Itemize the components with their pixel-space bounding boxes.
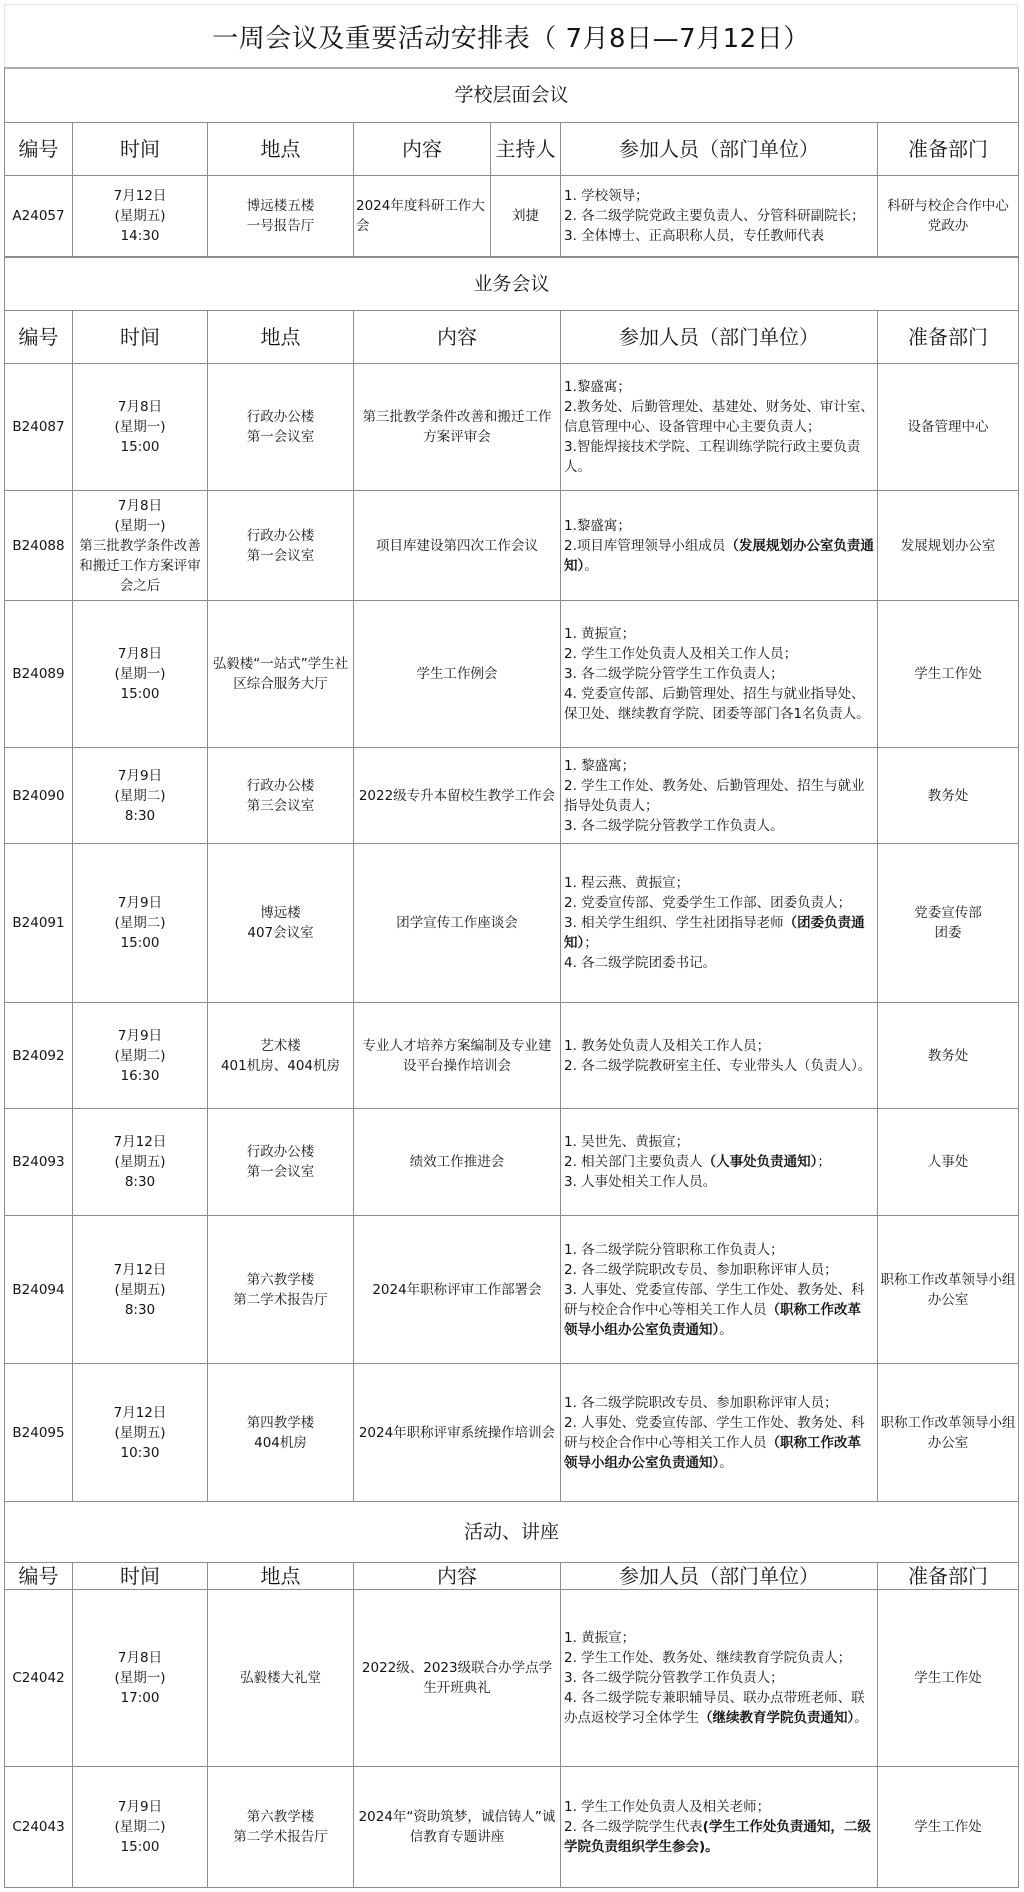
prep-line: 学生工作处: [880, 1817, 1016, 1837]
meeting-id: B24089: [5, 601, 73, 748]
meeting-location: 艺术楼 401机房、404机房: [208, 1003, 354, 1109]
item-text: 3. 各二级学院分管教学工作负责人；: [564, 1670, 784, 1686]
weekday: (星期一): [75, 516, 205, 536]
meeting-location: 行政办公楼 第一会议室: [208, 491, 354, 601]
location-line: 第一会议室: [210, 1162, 351, 1182]
location-line: 行政办公楼: [210, 526, 351, 546]
section-title: 活动、讲座: [5, 1502, 1019, 1563]
header-location: 地点: [208, 122, 354, 175]
header-participants: 参加人员（部门单位）: [561, 311, 878, 364]
location-line: 第一会议室: [210, 546, 351, 566]
header-prep-department: 准备部门: [878, 122, 1019, 175]
table-row: B24088 7月8日 (星期一) 第三批教学条件改善和搬迁工作方案评审会之后 …: [5, 491, 1019, 601]
table-row: C24043 7月9日 (星期二) 15:00 第六教学楼 第二学术报告厅 20…: [5, 1767, 1019, 1888]
participant-item: 1. 黄振宣；: [564, 1628, 874, 1648]
location-line: 第三会议室: [210, 796, 351, 816]
date: 7月12日: [75, 186, 205, 206]
participant-item: 1. 吴世先、黄振宣；: [564, 1132, 874, 1152]
meeting-location: 第四教学楼 404机房: [208, 1364, 354, 1502]
item-text: 2. 学生工作处、教务处、后勤管理处、招生与就业指导处负责人；: [564, 778, 865, 814]
table-row: B24095 7月12日 (星期五) 10:30 第四教学楼 404机房 202…: [5, 1364, 1019, 1502]
meeting-location: 第六教学楼 第二学术报告厅: [208, 1216, 354, 1364]
participants: 1. 各二级学院职改专员、参加职称评审人员； 2. 人事处、党委宣传部、学生工作…: [561, 1364, 878, 1502]
date: 7月8日: [75, 1648, 205, 1668]
meeting-time: 7月12日 (星期五) 10:30: [73, 1364, 208, 1502]
date: 7月9日: [75, 766, 205, 786]
meeting-id: C24043: [5, 1767, 73, 1888]
participants: 1. 吴世先、黄振宣； 2. 相关部门主要负责人（人事处负责通知）； 3. 人事…: [561, 1109, 878, 1216]
location-line: 博远楼五楼: [210, 196, 351, 216]
header-prep-department: 准备部门: [878, 311, 1019, 364]
meeting-content: 2024年“资助筑梦，诚信铸人”诚信教育专题讲座: [354, 1767, 561, 1888]
item-tail: ；: [817, 1154, 831, 1170]
participants: 1. 黄振宣； 2. 学生工作处负责人及相关工作人员； 3. 各二级学院分管学生…: [561, 601, 878, 748]
clock-time: 8:30: [75, 1172, 205, 1192]
meeting-location: 第六教学楼 第二学术报告厅: [208, 1767, 354, 1888]
participant-item: 2. 学生工作处、教务处、继续教育学院负责人；: [564, 1648, 874, 1668]
header-time: 时间: [73, 311, 208, 364]
clock-time: 15:00: [75, 933, 205, 953]
meeting-id: B24087: [5, 364, 73, 491]
weekday: (星期五): [75, 206, 205, 226]
meeting-content: 专业人才培养方案编制及专业建设平台操作培训会: [354, 1003, 561, 1109]
meeting-content: 2022级专升本留校生教学工作会: [354, 748, 561, 844]
location-line: 弘毅楼“一站式”学生社区综合服务大厅: [210, 654, 351, 694]
table-row: B24090 7月9日 (星期二) 8:30 行政办公楼 第三会议室 2022级…: [5, 748, 1019, 844]
participants: 1. 教务处负责人及相关工作人员； 2. 各二级学院教研室主任、专业带头人（负责…: [561, 1003, 878, 1109]
item-text: 2. 各二级学院教研室主任、专业带头人（负责人）。: [564, 1058, 871, 1074]
item-text: 2. 各二级学院党政主要负责人、分管科研副院长；: [564, 208, 865, 224]
header-content: 内容: [354, 311, 561, 364]
participant-item: 2. 党委宣传部、党委学生工作部、团委负责人；: [564, 893, 874, 913]
clock-time: 8:30: [75, 1300, 205, 1320]
meeting-time: 7月8日 (星期一) 第三批教学条件改善和搬迁工作方案评审会之后: [73, 491, 208, 601]
item-text: 3. 人事处相关工作人员。: [564, 1174, 716, 1190]
prep-line: 教务处: [880, 1046, 1016, 1066]
location-line: 一号报告厅: [210, 216, 351, 236]
location-line: 弘毅楼大礼堂: [210, 1668, 351, 1688]
weekday: (星期二): [75, 786, 205, 806]
participant-item: 2. 学生工作处、教务处、后勤管理处、招生与就业指导处负责人；: [564, 776, 874, 816]
item-text: 4. 各二级学院团委书记。: [564, 955, 716, 971]
section-title: 业务会议: [5, 257, 1019, 311]
section-header-row: 业务会议: [5, 257, 1019, 311]
date: 7月12日: [75, 1132, 205, 1152]
prep-department: 学生工作处: [878, 601, 1019, 748]
participant-item: 3. 各二级学院分管教学工作负责人；: [564, 1668, 874, 1688]
clock-time: 第三批教学条件改善和搬迁工作方案评审会之后: [75, 536, 205, 596]
date: 7月8日: [75, 397, 205, 417]
meeting-location: 博远楼五楼 一号报告厅: [208, 175, 354, 257]
weekday: (星期二): [75, 913, 205, 933]
header-time: 时间: [73, 1563, 208, 1590]
location-line: 行政办公楼: [210, 1142, 351, 1162]
column-header-row: 编号 时间 地点 内容 参加人员（部门单位） 准备部门: [5, 1563, 1019, 1590]
section-header-row: 学校层面会议: [5, 68, 1019, 122]
prep-department: 党委宣传部 团委: [878, 844, 1019, 1003]
participant-item: 1. 黎盛寓；: [564, 756, 874, 776]
participant-item: 1.黎盛寓；: [564, 377, 874, 397]
item-text: 2. 学生工作处、教务处、继续教育学院负责人；: [564, 1650, 851, 1666]
meeting-content: 第三批教学条件改善和搬迁工作方案评审会: [354, 364, 561, 491]
column-header-row: 编号 时间 地点 内容 主持人 参加人员（部门单位） 准备部门: [5, 122, 1019, 175]
meeting-content: 学生工作例会: [354, 601, 561, 748]
weekday: (星期一): [75, 417, 205, 437]
business-meetings-table: 业务会议 编号 时间 地点 内容 参加人员（部门单位） 准备部门 B24087 …: [4, 256, 1019, 1502]
clock-time: 15:00: [75, 1837, 205, 1857]
weekday: (星期五): [75, 1152, 205, 1172]
meeting-time: 7月8日 (星期一) 15:00: [73, 601, 208, 748]
item-text: 3.智能焊接技术学院、工程训练学院行政主要负责人。: [564, 439, 860, 475]
date: 7月12日: [75, 1403, 205, 1423]
clock-time: 15:00: [75, 684, 205, 704]
meeting-location: 弘毅楼大礼堂: [208, 1590, 354, 1767]
prep-department: 教务处: [878, 1003, 1019, 1109]
weekday: (星期二): [75, 1817, 205, 1837]
participant-item: 1. 各二级学院职改专员、参加职称评审人员；: [564, 1393, 874, 1413]
header-id: 编号: [5, 311, 73, 364]
item-text: 1. 各二级学院分管职称工作负责人；: [564, 1242, 784, 1258]
prep-department: 教务处: [878, 748, 1019, 844]
location-line: 401机房、404机房: [210, 1056, 351, 1076]
table-row: B24089 7月8日 (星期一) 15:00 弘毅楼“一站式”学生社区综合服务…: [5, 601, 1019, 748]
clock-time: 8:30: [75, 806, 205, 826]
date: 7月8日: [75, 496, 205, 516]
item-text: 1.黎盛寓；: [564, 379, 631, 395]
participant-item: 1. 学校领导；: [564, 186, 874, 206]
meeting-time: 7月9日 (星期二) 16:30: [73, 1003, 208, 1109]
date: 7月9日: [75, 1797, 205, 1817]
location-line: 艺术楼: [210, 1036, 351, 1056]
prep-line: 学生工作处: [880, 664, 1016, 684]
participants: 1.黎盛寓； 2.项目库管理领导小组成员（发展规划办公室负责通知）。: [561, 491, 878, 601]
meeting-id: B24090: [5, 748, 73, 844]
table-row: B24091 7月9日 (星期二) 15:00 博远楼 407会议室 团学宣传工…: [5, 844, 1019, 1003]
page-title: 一周会议及重要活动安排表（ 7月8日—7月12日）: [4, 4, 1018, 67]
item-tail: 。: [719, 1322, 733, 1338]
clock-time: 16:30: [75, 1066, 205, 1086]
location-line: 第二学术报告厅: [210, 1827, 351, 1847]
prep-department: 发展规划办公室: [878, 491, 1019, 601]
meeting-content: 2024年职称评审系统操作培训会: [354, 1364, 561, 1502]
item-text: 4. 党委宣传部、后勤管理处、招生与就业指导处、保卫处、继续教育学院、团委等部门…: [564, 686, 870, 722]
meeting-id: B24088: [5, 491, 73, 601]
participants: 1. 黄振宣； 2. 学生工作处、教务处、继续教育学院负责人； 3. 各二级学院…: [561, 1590, 878, 1767]
header-location: 地点: [208, 1563, 354, 1590]
meeting-id: B24094: [5, 1216, 73, 1364]
item-text: 2. 各二级学院学生代表: [564, 1819, 703, 1835]
location-line: 第六教学楼: [210, 1807, 351, 1827]
item-text: 3. 相关学生组织、学生社团指导老师: [564, 915, 784, 931]
header-host: 主持人: [491, 122, 561, 175]
meeting-content: 2024年职称评审工作部署会: [354, 1216, 561, 1364]
weekday: (星期二): [75, 1046, 205, 1066]
prep-department: 学生工作处: [878, 1767, 1019, 1888]
item-text: 2.项目库管理领导小组成员: [564, 538, 725, 554]
participant-item: 3. 各二级学院分管学生工作负责人；: [564, 664, 874, 684]
prep-line: 党政办: [880, 216, 1016, 236]
header-participants: 参加人员（部门单位）: [561, 1563, 878, 1590]
participant-item: 2. 人事处、党委宣传部、学生工作处、教务处、科研与校企合作中心等相关工作人员（…: [564, 1413, 874, 1473]
meeting-time: 7月9日 (星期二) 15:00: [73, 1767, 208, 1888]
location-line: 407会议室: [210, 923, 351, 943]
item-text: 1.黎盛寓；: [564, 518, 631, 534]
participants: 1. 学校领导； 2. 各二级学院党政主要负责人、分管科研副院长； 3. 全体博…: [561, 175, 878, 257]
prep-line: 职称工作改革领导小组办公室: [880, 1413, 1016, 1453]
table-row: B24093 7月12日 (星期五) 8:30 行政办公楼 第一会议室 绩效工作…: [5, 1109, 1019, 1216]
item-text: 2.教务处、后勤管理处、基建处、财务处、审计室、信息管理中心、设备管理中心主要负…: [564, 399, 874, 435]
location-line: 第六教学楼: [210, 1270, 351, 1290]
header-time: 时间: [73, 122, 208, 175]
meeting-id: A24057: [5, 175, 73, 257]
prep-department: 科研与校企合作中心 党政办: [878, 175, 1019, 257]
header-location: 地点: [208, 311, 354, 364]
header-id: 编号: [5, 1563, 73, 1590]
notice-note: （人事处负责通知）: [703, 1154, 818, 1170]
participant-item: 2. 相关部门主要负责人（人事处负责通知）；: [564, 1152, 874, 1172]
participants: 1. 程云燕、黄振宣； 2. 党委宣传部、党委学生工作部、团委负责人； 3. 相…: [561, 844, 878, 1003]
meeting-location: 行政办公楼 第一会议室: [208, 364, 354, 491]
participants: 1. 黎盛寓； 2. 学生工作处、教务处、后勤管理处、招生与就业指导处负责人； …: [561, 748, 878, 844]
school-meetings-table: 学校层面会议 编号 时间 地点 内容 主持人 参加人员（部门单位） 准备部门 A…: [4, 67, 1019, 258]
prep-line: 科研与校企合作中心: [880, 196, 1016, 216]
participant-item: 3. 相关学生组织、学生社团指导老师（团委负责通知）；: [564, 913, 874, 953]
location-line: 404机房: [210, 1433, 351, 1453]
meeting-host: 刘捷: [491, 175, 561, 257]
activities-table: 活动、讲座 编号 时间 地点 内容 参加人员（部门单位） 准备部门 C24042…: [4, 1501, 1019, 1888]
clock-time: 15:00: [75, 437, 205, 457]
item-text: 3. 各二级学院分管教学工作负责人。: [564, 818, 784, 834]
table-row: B24087 7月8日 (星期一) 15:00 行政办公楼 第一会议室 第三批教…: [5, 364, 1019, 491]
item-text: 1. 教务处负责人及相关工作人员；: [564, 1038, 770, 1054]
meeting-id: B24091: [5, 844, 73, 1003]
item-text: 2. 相关部门主要负责人: [564, 1154, 703, 1170]
item-text: 1. 吴世先、黄振宣；: [564, 1134, 689, 1150]
table-row: C24042 7月8日 (星期一) 17:00 弘毅楼大礼堂 2022级、202…: [5, 1590, 1019, 1767]
participant-item: 2.项目库管理领导小组成员（发展规划办公室负责通知）。: [564, 536, 874, 576]
prep-line: 团委: [880, 923, 1016, 943]
participant-item: 4. 各二级学院团委书记。: [564, 953, 874, 973]
participant-item: 1.黎盛寓；: [564, 516, 874, 536]
item-tail: ；: [584, 935, 598, 951]
location-line: 第二学术报告厅: [210, 1290, 351, 1310]
meeting-time: 7月12日 (星期五) 8:30: [73, 1216, 208, 1364]
meeting-content: 2024年度科研工作大会: [354, 175, 491, 257]
date: 7月9日: [75, 1026, 205, 1046]
meeting-time: 7月9日 (星期二) 8:30: [73, 748, 208, 844]
prep-line: 学生工作处: [880, 1668, 1016, 1688]
prep-line: 发展规划办公室: [880, 536, 1016, 556]
item-text: 2. 各二级学院职改专员、参加职称评审人员；: [564, 1262, 838, 1278]
meeting-id: B24095: [5, 1364, 73, 1502]
prep-department: 职称工作改革领导小组办公室: [878, 1216, 1019, 1364]
participant-item: 3. 全体博士、正高职称人员，专任教师代表: [564, 226, 874, 246]
item-tail: 。: [854, 1710, 868, 1726]
prep-department: 人事处: [878, 1109, 1019, 1216]
meeting-location: 弘毅楼“一站式”学生社区综合服务大厅: [208, 601, 354, 748]
participant-item: 2. 各二级学院职改专员、参加职称评审人员；: [564, 1260, 874, 1280]
weekday: (星期五): [75, 1280, 205, 1300]
participant-item: 2.教务处、后勤管理处、基建处、财务处、审计室、信息管理中心、设备管理中心主要负…: [564, 397, 874, 437]
location-line: 博远楼: [210, 903, 351, 923]
item-text: 1. 程云燕、黄振宣；: [564, 875, 689, 891]
header-prep-department: 准备部门: [878, 1563, 1019, 1590]
prep-department: 设备管理中心: [878, 364, 1019, 491]
location-line: 第一会议室: [210, 427, 351, 447]
table-row: A24057 7月12日 (星期五) 14:30 博远楼五楼 一号报告厅 202…: [5, 175, 1019, 257]
item-text: 3. 各二级学院分管学生工作负责人；: [564, 666, 784, 682]
item-text: 1. 黄振宣；: [564, 626, 635, 642]
date: 7月8日: [75, 644, 205, 664]
participant-item: 3. 各二级学院分管教学工作负责人。: [564, 816, 874, 836]
weekday: (星期一): [75, 1668, 205, 1688]
item-text: 2. 学生工作处负责人及相关工作人员；: [564, 646, 797, 662]
date: 7月9日: [75, 893, 205, 913]
participant-item: 2. 各二级学院教研室主任、专业带头人（负责人）。: [564, 1056, 874, 1076]
item-text: 1. 学校领导；: [564, 188, 649, 204]
participants: 1.黎盛寓； 2.教务处、后勤管理处、基建处、财务处、审计室、信息管理中心、设备…: [561, 364, 878, 491]
meeting-id: C24042: [5, 1590, 73, 1767]
participant-item: 3. 人事处、党委宣传部、学生工作处、教务处、科研与校企合作中心等相关工作人员（…: [564, 1280, 874, 1340]
item-text: 1. 黎盛寓；: [564, 758, 635, 774]
prep-line: 职称工作改革领导小组办公室: [880, 1270, 1016, 1310]
meeting-time: 7月8日 (星期一) 17:00: [73, 1590, 208, 1767]
participant-item: 2. 各二级学院学生代表(学生工作处负责通知，二级学院负责组织学生参会)。: [564, 1817, 874, 1857]
prep-line: 设备管理中心: [880, 417, 1016, 437]
prep-department: 职称工作改革领导小组办公室: [878, 1364, 1019, 1502]
participant-item: 2. 学生工作处负责人及相关工作人员；: [564, 644, 874, 664]
date: 7月12日: [75, 1260, 205, 1280]
participant-item: 4. 各二级学院专兼职辅导员、联办点带班老师、联办点返校学习全体学生（继续教育学…: [564, 1688, 874, 1728]
item-tail: 。: [584, 558, 598, 574]
item-text: 1. 学生工作处负责人及相关老师；: [564, 1799, 770, 1815]
clock-time: 10:30: [75, 1443, 205, 1463]
header-participants: 参加人员（部门单位）: [561, 122, 878, 175]
location-line: 第四教学楼: [210, 1413, 351, 1433]
participant-item: 1. 黄振宣；: [564, 624, 874, 644]
meeting-id: B24093: [5, 1109, 73, 1216]
item-text: 1. 黄振宣；: [564, 1630, 635, 1646]
participant-item: 1. 学生工作处负责人及相关老师；: [564, 1797, 874, 1817]
meeting-id: B24092: [5, 1003, 73, 1109]
meeting-time: 7月12日 (星期五) 8:30: [73, 1109, 208, 1216]
table-row: B24092 7月9日 (星期二) 16:30 艺术楼 401机房、404机房 …: [5, 1003, 1019, 1109]
item-text: 1. 各二级学院职改专员、参加职称评审人员；: [564, 1395, 838, 1411]
section-header-row: 活动、讲座: [5, 1502, 1019, 1563]
participant-item: 3. 人事处相关工作人员。: [564, 1172, 874, 1192]
clock-time: 14:30: [75, 226, 205, 246]
prep-line: 教务处: [880, 786, 1016, 806]
weekday: (星期一): [75, 664, 205, 684]
item-text: 3. 全体博士、正高职称人员，专任教师代表: [564, 228, 824, 244]
prep-department: 学生工作处: [878, 1590, 1019, 1767]
header-content: 内容: [354, 122, 491, 175]
header-id: 编号: [5, 122, 73, 175]
participant-item: 4. 党委宣传部、后勤管理处、招生与就业指导处、保卫处、继续教育学院、团委等部门…: [564, 684, 874, 724]
location-line: 行政办公楼: [210, 776, 351, 796]
participants: 1. 学生工作处负责人及相关老师； 2. 各二级学院学生代表(学生工作处负责通知…: [561, 1767, 878, 1888]
prep-line: 人事处: [880, 1152, 1016, 1172]
meeting-time: 7月12日 (星期五) 14:30: [73, 175, 208, 257]
header-content: 内容: [354, 1563, 561, 1590]
participant-item: 1. 教务处负责人及相关工作人员；: [564, 1036, 874, 1056]
prep-line: 党委宣传部: [880, 903, 1016, 923]
meeting-content: 绩效工作推进会: [354, 1109, 561, 1216]
meeting-location: 行政办公楼 第三会议室: [208, 748, 354, 844]
column-header-row: 编号 时间 地点 内容 参加人员（部门单位） 准备部门: [5, 311, 1019, 364]
meeting-content: 2022级、2023级联合办学点学生开班典礼: [354, 1590, 561, 1767]
location-line: 行政办公楼: [210, 407, 351, 427]
item-tail: 。: [719, 1455, 733, 1471]
meeting-location: 博远楼 407会议室: [208, 844, 354, 1003]
meeting-location: 行政办公楼 第一会议室: [208, 1109, 354, 1216]
meeting-content: 项目库建设第四次工作会议: [354, 491, 561, 601]
participant-item: 1. 各二级学院分管职称工作负责人；: [564, 1240, 874, 1260]
participant-item: 3.智能焊接技术学院、工程训练学院行政主要负责人。: [564, 437, 874, 477]
meeting-time: 7月9日 (星期二) 15:00: [73, 844, 208, 1003]
participants: 1. 各二级学院分管职称工作负责人； 2. 各二级学院职改专员、参加职称评审人员…: [561, 1216, 878, 1364]
clock-time: 17:00: [75, 1688, 205, 1708]
item-text: 2. 党委宣传部、党委学生工作部、团委负责人；: [564, 895, 851, 911]
notice-note: （继续教育学院负责通知）: [699, 1710, 854, 1726]
section-title: 学校层面会议: [5, 68, 1019, 122]
weekday: (星期五): [75, 1423, 205, 1443]
meeting-time: 7月8日 (星期一) 15:00: [73, 364, 208, 491]
meeting-content: 团学宣传工作座谈会: [354, 844, 561, 1003]
table-row: B24094 7月12日 (星期五) 8:30 第六教学楼 第二学术报告厅 20…: [5, 1216, 1019, 1364]
participant-item: 2. 各二级学院党政主要负责人、分管科研副院长；: [564, 206, 874, 226]
participant-item: 1. 程云燕、黄振宣；: [564, 873, 874, 893]
